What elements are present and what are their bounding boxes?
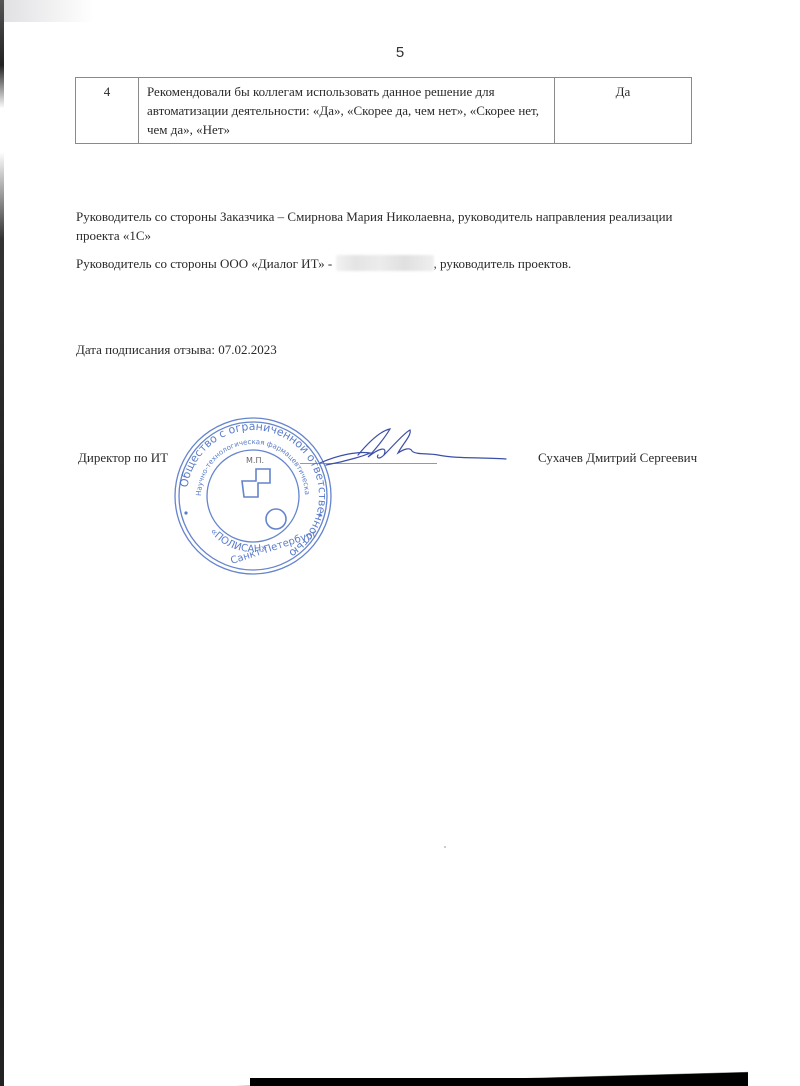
row-number: 4: [76, 78, 139, 144]
signature: [318, 425, 508, 470]
signer-role: Директор по ИТ: [78, 450, 168, 466]
scan-edge-shadow: [0, 0, 4, 1086]
company-stamp: Общество с ограниченной ответственностью…: [172, 415, 334, 577]
row-question: Рекомендовали бы коллегам использовать д…: [139, 78, 555, 144]
stamp-mark: М.П.: [246, 456, 264, 465]
scan-speck: [444, 846, 446, 848]
review-table: 4 Рекомендовали бы коллегам использовать…: [75, 77, 692, 144]
signer-name: Сухачев Дмитрий Сергеевич: [538, 450, 697, 466]
customer-lead-text: Руководитель со стороны Заказчика – Смир…: [76, 207, 716, 245]
scan-corner-shadow: [4, 0, 94, 22]
redacted-name: [336, 255, 434, 271]
table-row: 4 Рекомендовали бы коллегам использовать…: [76, 78, 692, 144]
contractor-lead-suffix: , руководитель проектов.: [434, 256, 572, 271]
scan-bottom-edge-solid: [250, 1078, 748, 1086]
row-answer: Да: [555, 78, 692, 144]
signing-date: Дата подписания отзыва: 07.02.2023: [76, 340, 277, 359]
contractor-lead-text: Руководитель со стороны ООО «Диалог ИТ» …: [76, 254, 736, 273]
page-number: 5: [0, 44, 800, 61]
contractor-lead-prefix: Руководитель со стороны ООО «Диалог ИТ» …: [76, 256, 336, 271]
